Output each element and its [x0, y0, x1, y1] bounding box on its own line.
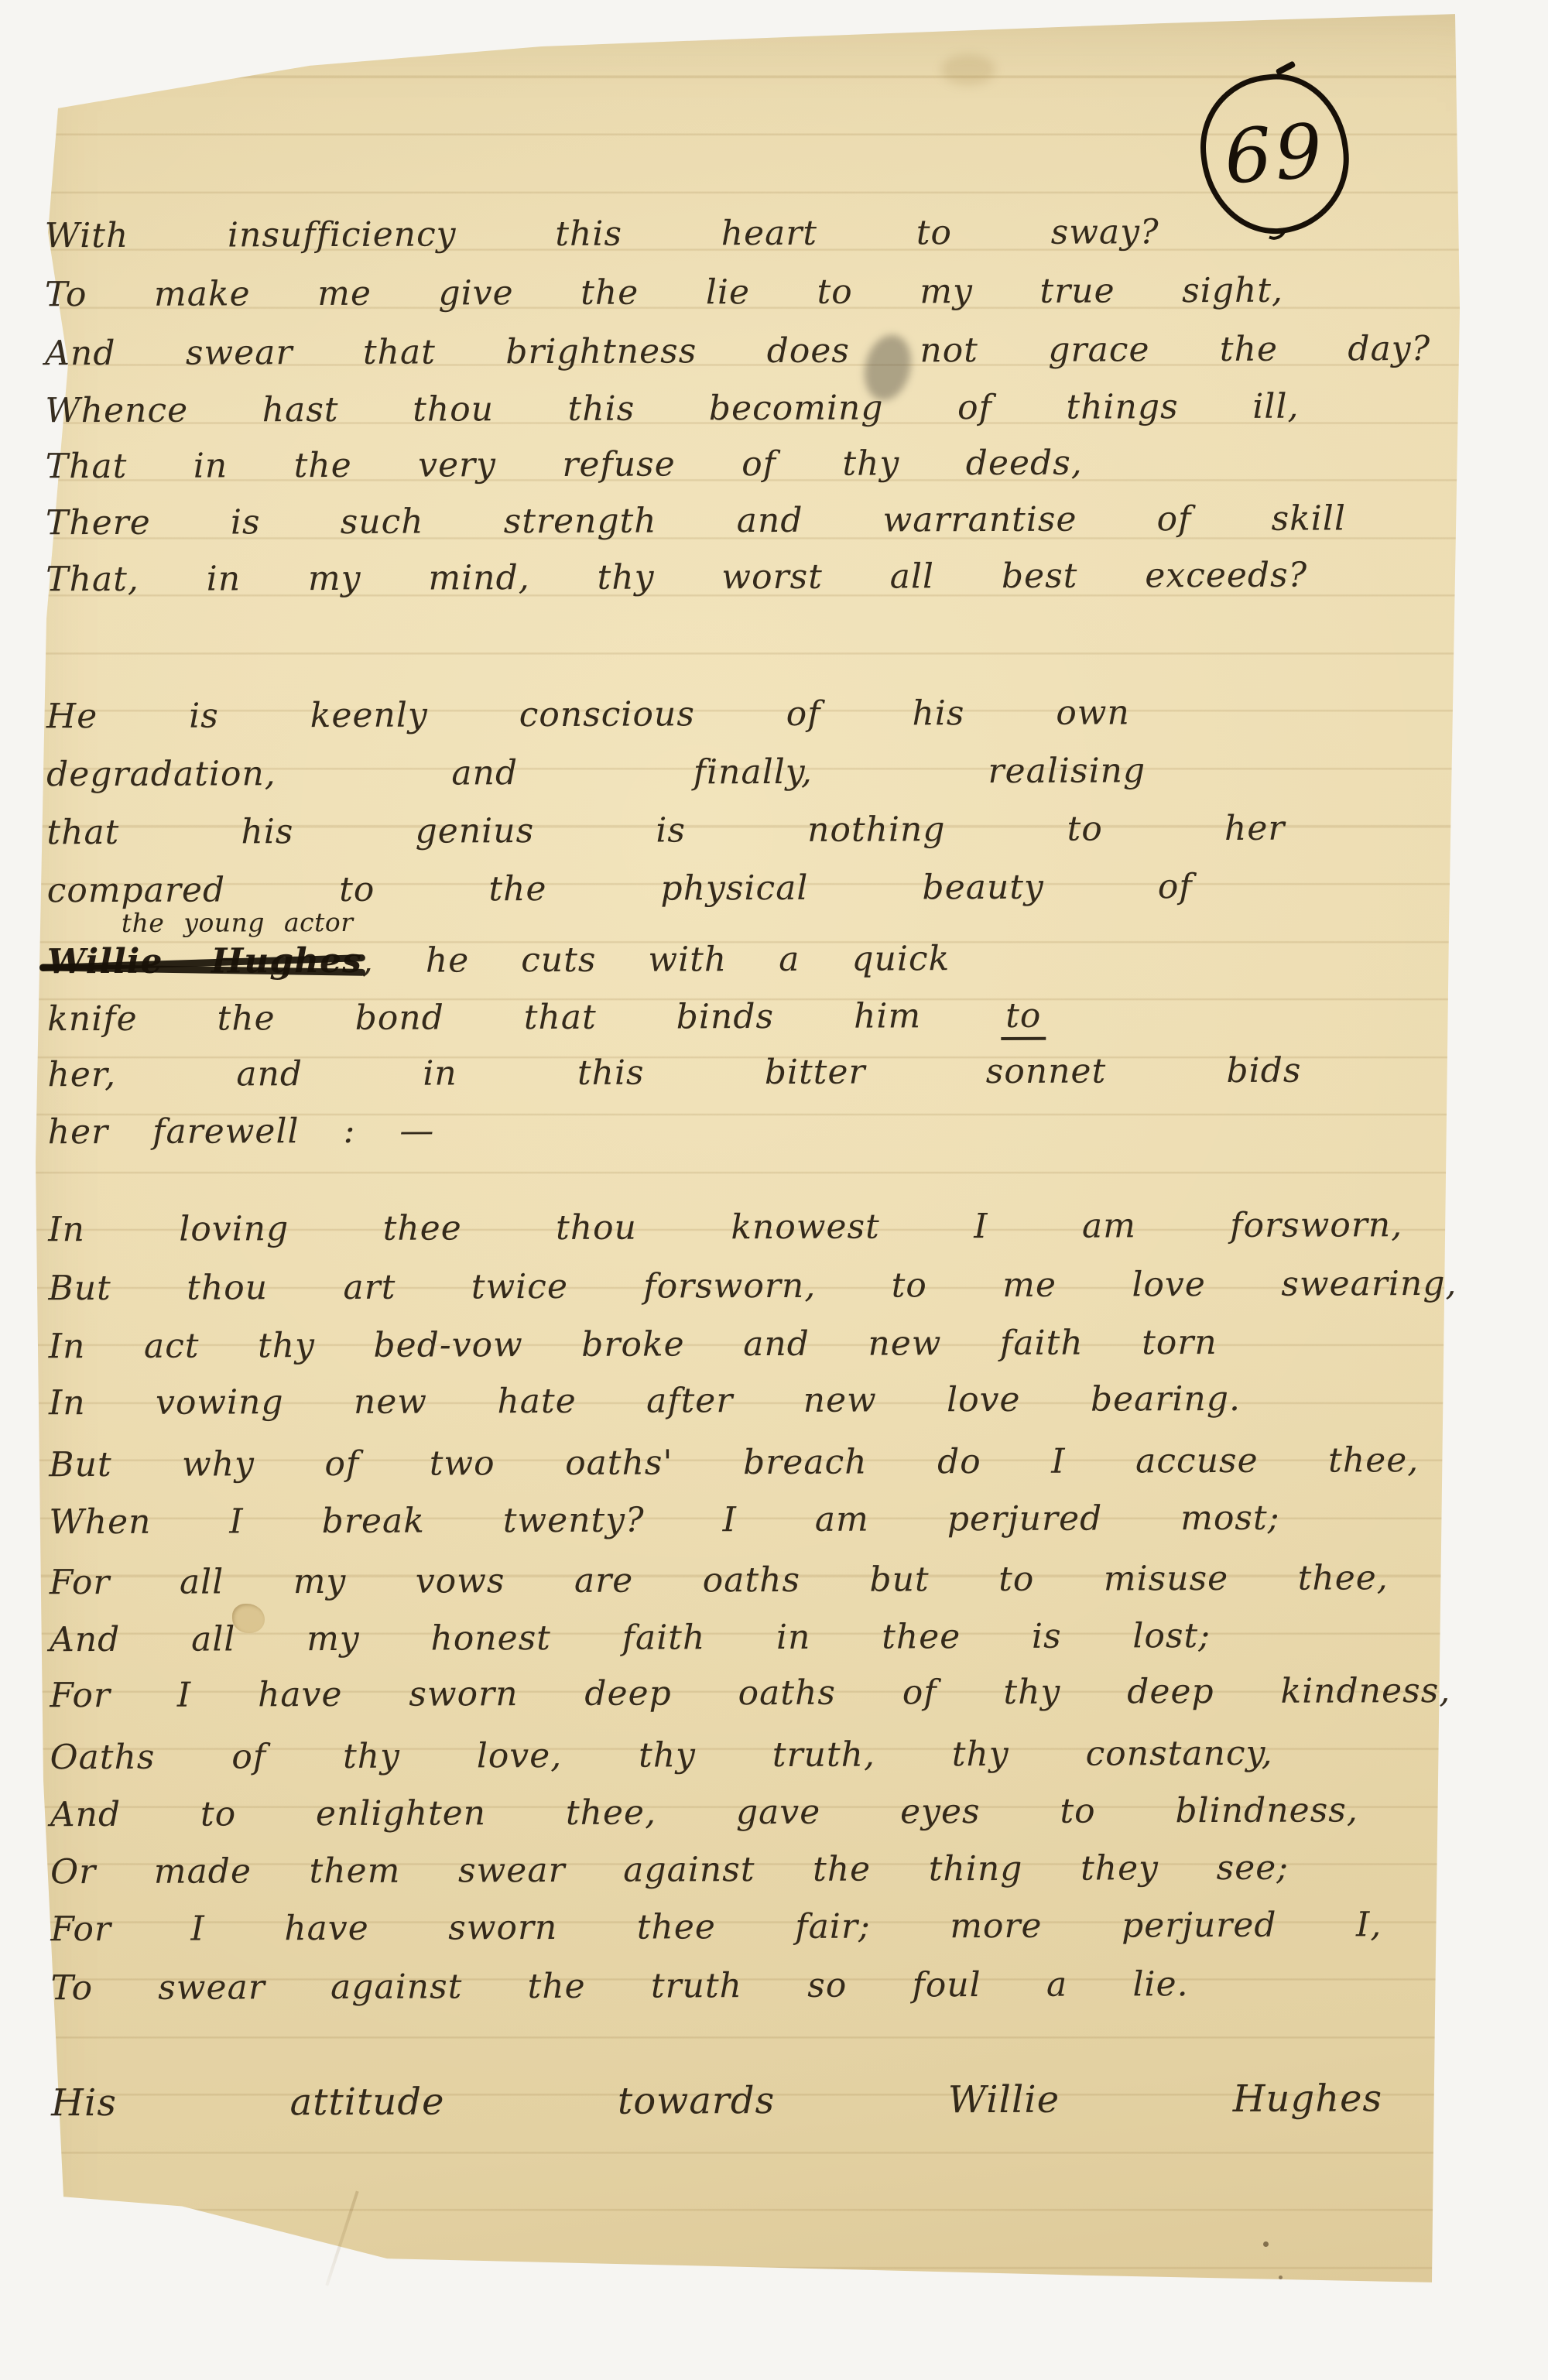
manuscript-line: For I have sworn thee fair; more perjure…	[50, 1902, 1382, 1953]
manuscript-line: degradation, and finally, realising	[46, 748, 1146, 798]
manuscript-line: her, and in this bitter sonnet bids	[47, 1048, 1301, 1099]
manuscript-line: But why of two oaths' breach do I accuse…	[49, 1437, 1419, 1488]
manuscript-text: knife the bond that binds him	[47, 996, 921, 1039]
manuscript-line: That in the very refuse of thy deeds,	[46, 440, 1083, 491]
manuscript-line: He is keenly conscious of his own	[46, 690, 1130, 740]
manuscript-scan: 69 With insufficiency this heart to sway…	[0, 0, 1548, 2380]
manuscript-line: To make me give the lie to my true sight…	[45, 268, 1283, 319]
manuscript-line: In loving thee thou knowest I am forswor…	[48, 1202, 1402, 1253]
manuscript-line: her farewell : —	[48, 1108, 435, 1156]
manuscript-line: In act thy bed-vow broke and new faith t…	[49, 1320, 1218, 1370]
manuscript-line: His attitude towards Willie Hughes	[51, 2075, 1382, 2126]
underlined-word: to	[1001, 996, 1046, 1040]
manuscript-line: There is such strength and warrantise of…	[46, 495, 1346, 546]
manuscript-line: That, in my mind, thy worst all best exc…	[46, 553, 1307, 604]
manuscript-line: knife the bond that binds him to	[47, 993, 1046, 1043]
manuscript-line: To swear against the truth so foul a lie…	[50, 1961, 1188, 2012]
manuscript-line-with-correction: the young actorWillie Hughes, he cuts wi…	[47, 936, 950, 985]
manuscript-line: Whence hast thou this becoming of things…	[45, 384, 1299, 435]
manuscript-line: And swear that brightness does not grace…	[45, 326, 1430, 377]
handwritten-text-layer: With insufficiency this heart to sway? T…	[0, 0, 1548, 2380]
manuscript-text: , he cuts with a quick	[362, 939, 950, 981]
manuscript-line: But thou art twice forsworn, to me love …	[48, 1261, 1457, 1312]
manuscript-line: And to enlighten thee, gave eyes to blin…	[50, 1787, 1358, 1838]
interlinear-insertion: the young actor	[122, 899, 354, 947]
manuscript-line: And all my honest faith in thee is lost;	[50, 1613, 1211, 1663]
manuscript-line: Oaths of thy love, thy truth, thy consta…	[50, 1731, 1272, 1782]
manuscript-line: When I break twenty? I am perjured most;	[49, 1495, 1279, 1546]
manuscript-line: For I have sworn deep oaths of thy deep …	[50, 1668, 1450, 1719]
struck-text: Willie Hughes	[47, 941, 362, 981]
manuscript-line: For all my vows are oaths but to misuse …	[50, 1555, 1389, 1606]
manuscript-line: Or made them swear against the thing the…	[50, 1845, 1289, 1896]
manuscript-line: With insufficiency this heart to sway?	[45, 209, 1159, 259]
manuscript-line: In vowing new hate after new love bearin…	[49, 1376, 1241, 1426]
manuscript-line: that his genius is nothing to her	[46, 806, 1285, 857]
